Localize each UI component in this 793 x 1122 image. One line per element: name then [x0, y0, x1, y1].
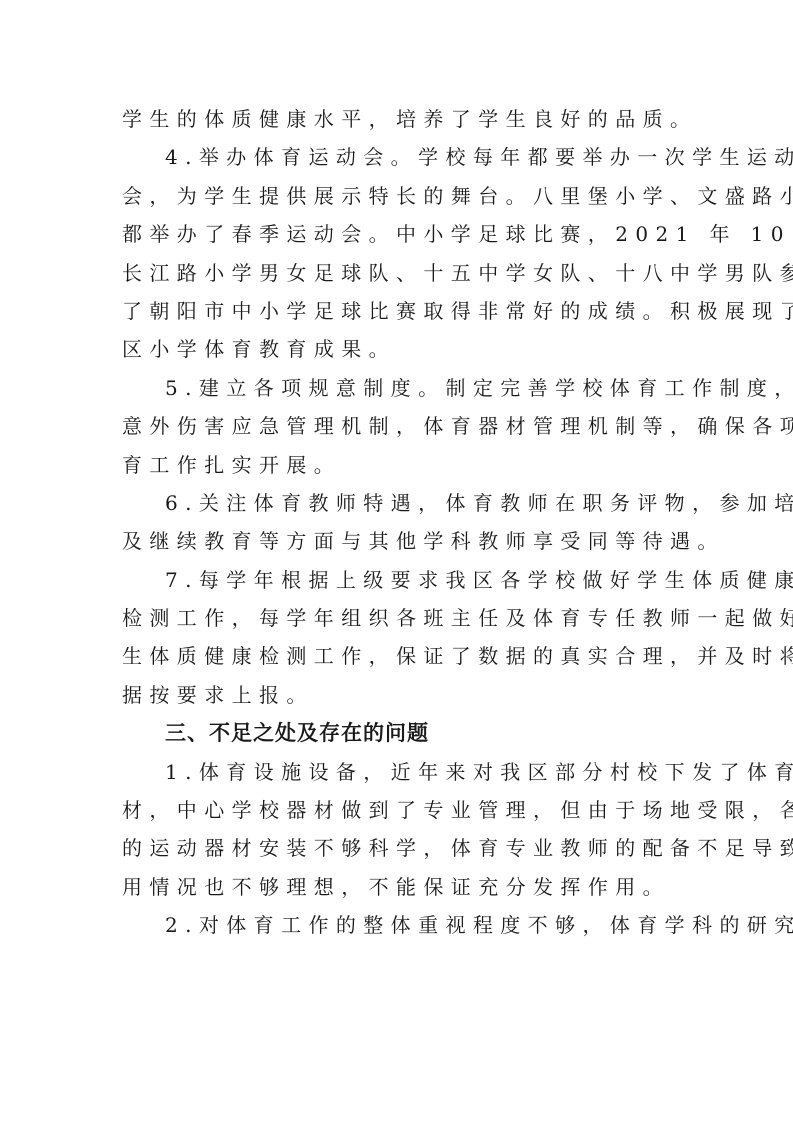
text-line: 长江路小学男女足球队、十五中学女队、十八中学男队参加	[122, 254, 674, 292]
text-line: 4.举办体育运动会。学校每年都要举办一次学生运动	[122, 138, 674, 176]
section-heading: 三、不足之处及存在的问题	[122, 714, 674, 752]
text-line: 都举办了春季运动会。中小学足球比赛，2021 年 10 月中旬	[122, 215, 674, 253]
text-line: 用情况也不够理想，不能保证充分发挥作用。	[122, 868, 674, 906]
text-line: 会，为学生提供展示特长的舞台。八里堡小学、文盛路小学	[122, 177, 674, 215]
text-line: 6.关注体育教师特遇，体育教师在职务评物，参加培训	[122, 484, 674, 522]
text-line: 了朝阳市中小学足球比赛取得非常好的成绩。积极展现了我	[122, 292, 674, 330]
text-line: 学生的体质健康水平，培养了学生良好的品质。	[122, 100, 674, 138]
text-line: 7.每学年根据上级要求我区各学校做好学生体质健康	[122, 561, 674, 599]
text-line: 生体质健康检测工作，保证了数据的真实合理，并及时将数	[122, 637, 674, 675]
text-line: 意外伤害应急管理机制，体育器材管理机制等，确保各项体	[122, 407, 674, 445]
text-line: 材，中心学校器材做到了专业管理，但由于场地受限，各校	[122, 791, 674, 829]
text-line: 区小学体育教育成果。	[122, 330, 674, 368]
text-line: 育工作扎实开展。	[122, 446, 674, 484]
text-line: 2.对体育工作的整体重视程度不够，体育学科的研究及	[122, 906, 674, 944]
text-line: 及继续教育等方面与其他学科教师享受同等待遇。	[122, 522, 674, 560]
text-line: 据按要求上报。	[122, 676, 674, 714]
text-line: 1.体育设施设备，近年来对我区部分村校下发了体育器	[122, 753, 674, 791]
text-line: 5.建立各项规意制度。制定完善学校体育工作制度，如	[122, 369, 674, 407]
document-page: 学生的体质健康水平，培养了学生良好的品质。 4.举办体育运动会。学校每年都要举办…	[122, 100, 674, 945]
text-line: 检测工作，每学年组织各班主任及体育专任教师一起做好学	[122, 599, 674, 637]
text-line: 的运动器材安装不够科学，体育专业教师的配备不足导致使	[122, 829, 674, 867]
